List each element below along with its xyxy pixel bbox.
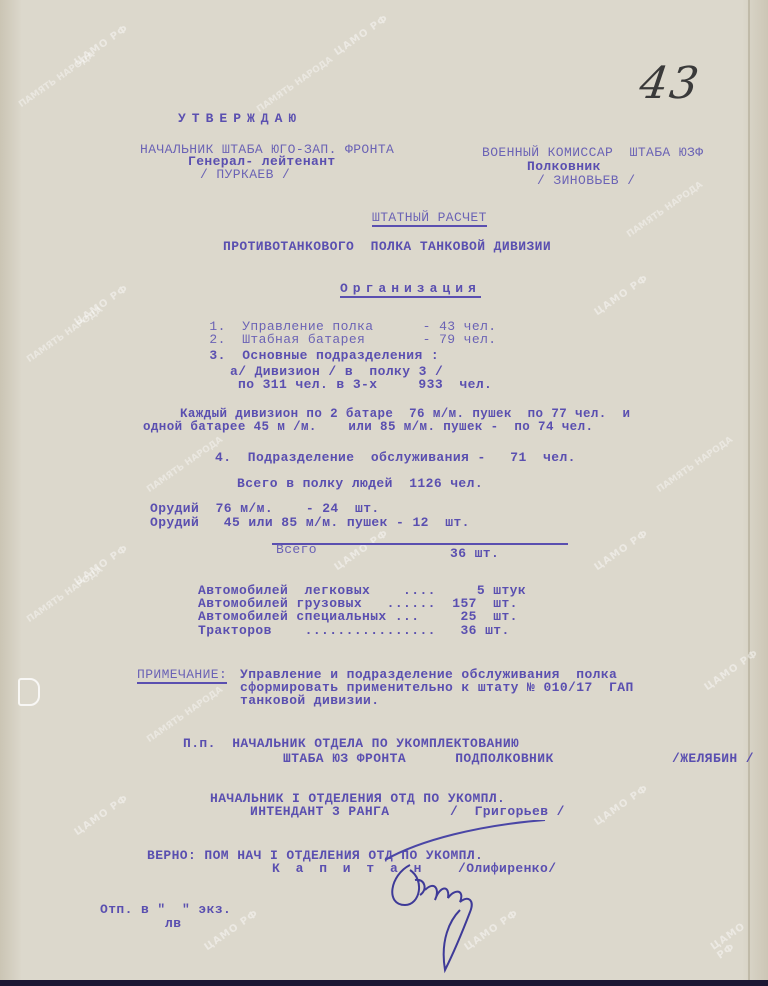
sig1-name: /ЖЕЛЯБИН / (672, 752, 754, 765)
guns-total-label: Всего (276, 543, 317, 556)
sig2-name: / Григорьев / (450, 805, 565, 818)
handwritten-signature (380, 820, 550, 980)
paper-fold (748, 0, 750, 986)
document-subtitle: ПРОТИВОТАНКОВОГО ПОЛКА ТАНКОВОЙ ДИВИЗИИ (223, 240, 551, 253)
scan-edge (0, 980, 768, 986)
sig2-line-2: ИНТЕНДАНТ 3 РАНГА (250, 805, 389, 818)
divisions-line-2: по 311 чел. в 3-х 933 чел. (238, 378, 492, 391)
vehicle-dots: ................ (305, 623, 436, 638)
guns-total-value: 36 шт. (450, 547, 499, 560)
punch-hole (18, 678, 40, 706)
sig1-line-1: П.п. НАЧАЛЬНИК ОТДЕЛА ПО УКОМПЛЕКТОВАНИЮ (183, 737, 519, 750)
section-heading: Организация (340, 282, 481, 298)
guns-line-1: Орудий 76 м/м. - 24 шт. (150, 502, 380, 515)
vehicle-row: Автомобилей специальных ... 25 шт. (198, 610, 518, 623)
document-title: ШТАТНЫЙ РАСЧЕТ (372, 211, 487, 227)
vehicle-label: Тракторов (198, 623, 272, 638)
approval-right-rank: Полковник (527, 160, 601, 173)
approval-right-name: / ЗИНОВЬЕВ / (537, 174, 635, 187)
guns-line-2: Орудий 45 или 85 м/м. пушек - 12 шт. (150, 516, 470, 529)
each-division-line-2: одной батарее 45 м /м. или 85 м/м. пушек… (143, 421, 593, 434)
org-label: Основные подразделения : (242, 348, 439, 363)
vehicle-label: Автомобилей специальных (198, 609, 387, 624)
footer-copies: Отп. в " " экз. (100, 903, 231, 916)
page-number: 43 (636, 58, 703, 109)
vehicle-value: 25 шт. (460, 609, 517, 624)
approval-heading: УТВЕРЖДАЮ (178, 112, 302, 125)
vehicle-value: 36 шт. (460, 623, 509, 638)
approval-right-title: ВОЕННЫЙ КОМИССАР ШТАБА ЮЗФ (482, 146, 703, 159)
org-num: 3. (209, 348, 225, 363)
service-unit: 4. Подразделение обслуживания - 71 чел. (215, 451, 576, 464)
approval-left-name: / ПУРКАЕВ / (200, 168, 290, 181)
note-line-3: танковой дивизии. (240, 694, 379, 707)
note-label: ПРИМЕЧАНИЕ: (137, 668, 227, 684)
vehicle-row: Тракторов ................ 36 шт. (198, 624, 510, 637)
org-item-3: 3. Основные подразделения : (193, 336, 439, 362)
footer-initials: лв (165, 917, 181, 930)
sig1-line-2: ШТАБА ЮЗ ФРОНТА ПОДПОЛКОВНИК (283, 752, 554, 765)
vehicle-dots: ... (395, 609, 420, 624)
total-people: Всего в полку людей 1126 чел. (237, 477, 483, 490)
